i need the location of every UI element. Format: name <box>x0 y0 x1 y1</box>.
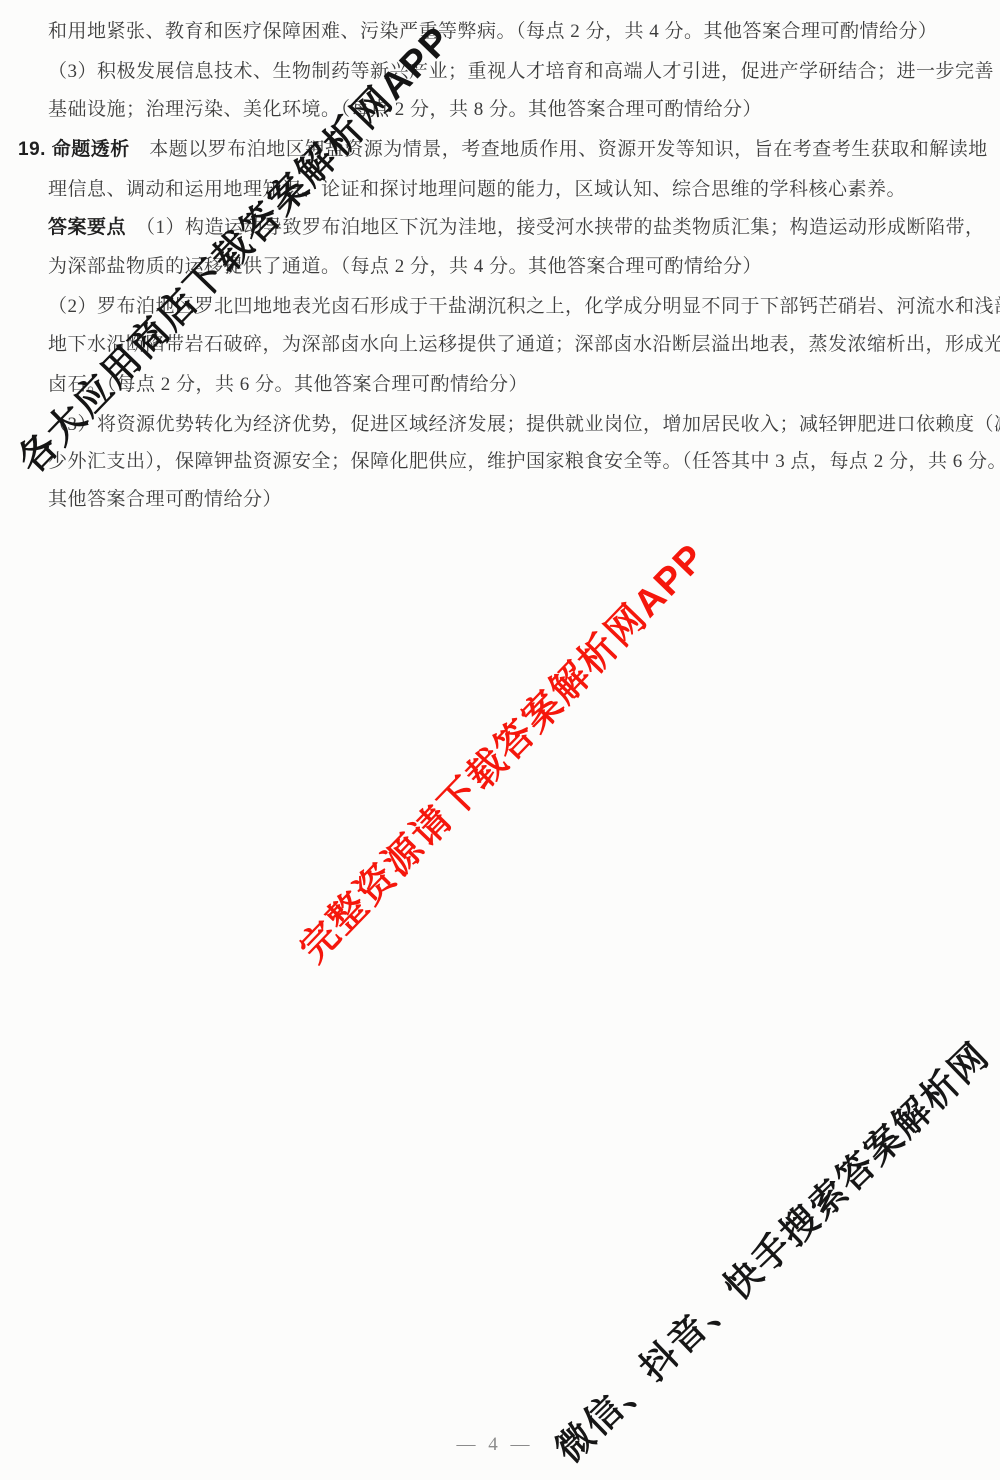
page-number: — 4 — <box>457 1434 534 1456</box>
answer-text: （2）罗布泊地区罗北凹地地表光卤石形成于干盐湖沉积之上，化学成分明显不同于下部钙… <box>48 296 1000 317</box>
text-line: 少外汇支出），保障钾盐资源安全；保障化肥供应，维护国家粮食安全等。（任答其中 3… <box>48 448 988 475</box>
answer-text: 少外汇支出），保障钾盐资源安全；保障化肥供应，维护国家粮食安全等。（任答其中 3… <box>48 451 1000 472</box>
answer-text: 卤石。（每点 2 分，共 6 分。其他答案合理可酌情给分） <box>48 374 528 395</box>
answer-text: 基础设施；治理污染、美化环境。（每点 2 分，共 8 分。其他答案合理可酌情给分… <box>48 99 762 120</box>
text-line: 卤石。（每点 2 分，共 6 分。其他答案合理可酌情给分） <box>48 371 988 398</box>
answer-text: 地下水沿断陷带岩石破碎，为深部卤水向上运移提供了通道；深部卤水沿断层溢出地表，蒸… <box>48 334 1000 355</box>
answer-text: 本题以罗布泊地区钾盐资源为情景，考查地质作用、资源开发等知识，旨在考查考生获取和… <box>130 139 988 160</box>
section-label: 答案要点 <box>48 217 126 238</box>
watermark-download-red-diagonal: 完整资源请下载答案解析网APP <box>284 528 715 972</box>
answer-text: （1）构造运动导致罗布泊地区下沉为洼地，接受河水挟带的盐类物质汇集；构造运动形成… <box>126 217 985 238</box>
text-line: 其他答案合理可酌情给分） <box>48 486 988 513</box>
answer-text: （3）积极发展信息技术、生物制药等新兴产业；重视人才培育和高端人才引进，促进产学… <box>48 61 994 82</box>
text-line-question-19: 19. 命题透析 本题以罗布泊地区钾盐资源为情景，考查地质作用、资源开发等知识，… <box>18 136 988 163</box>
section-label: 19. 命题透析 <box>18 139 130 160</box>
document-page: 和用地紧张、教育和医疗保障困难、污染严重等弊病。（每点 2 分，共 4 分。其他… <box>0 0 1000 1480</box>
answer-text: 其他答案合理可酌情给分） <box>48 489 282 510</box>
answer-text: （3）将资源优势转化为经济优势，促进区域经济发展；提供就业岗位，增加居民收入；减… <box>48 414 1000 435</box>
answer-text: 为深部盐物质的运移提供了通道。（每点 2 分，共 4 分。其他答案合理可酌情给分… <box>48 256 762 277</box>
answer-text: 和用地紧张、教育和医疗保障困难、污染严重等弊病。（每点 2 分，共 4 分。其他… <box>48 21 938 42</box>
text-line: 理信息、调动和运用地理知识、论证和探讨地理问题的能力，区域认知、综合思维的学科核… <box>48 176 988 203</box>
text-line: 基础设施；治理污染、美化环境。（每点 2 分，共 8 分。其他答案合理可酌情给分… <box>48 96 988 123</box>
text-line: 和用地紧张、教育和医疗保障困难、污染严重等弊病。（每点 2 分，共 4 分。其他… <box>48 18 988 45</box>
text-line: 为深部盐物质的运移提供了通道。（每点 2 分，共 4 分。其他答案合理可酌情给分… <box>48 253 988 280</box>
text-line-answer-points: 答案要点 （1）构造运动导致罗布泊地区下沉为洼地，接受河水挟带的盐类物质汇集；构… <box>48 214 988 241</box>
text-line: （2）罗布泊地区罗北凹地地表光卤石形成于干盐湖沉积之上，化学成分明显不同于下部钙… <box>48 293 988 320</box>
watermark-social-search-diagonal: 微信、抖音、快手搜索答案解析网 <box>541 1027 999 1472</box>
answer-text: 理信息、调动和运用地理知识、论证和探讨地理问题的能力，区域认知、综合思维的学科核… <box>48 179 906 200</box>
text-line: 地下水沿断陷带岩石破碎，为深部卤水向上运移提供了通道；深部卤水沿断层溢出地表，蒸… <box>48 331 988 358</box>
text-line: （3）积极发展信息技术、生物制药等新兴产业；重视人才培育和高端人才引进，促进产学… <box>48 58 988 85</box>
text-line: （3）将资源优势转化为经济优势，促进区域经济发展；提供就业岗位，增加居民收入；减… <box>48 411 988 438</box>
